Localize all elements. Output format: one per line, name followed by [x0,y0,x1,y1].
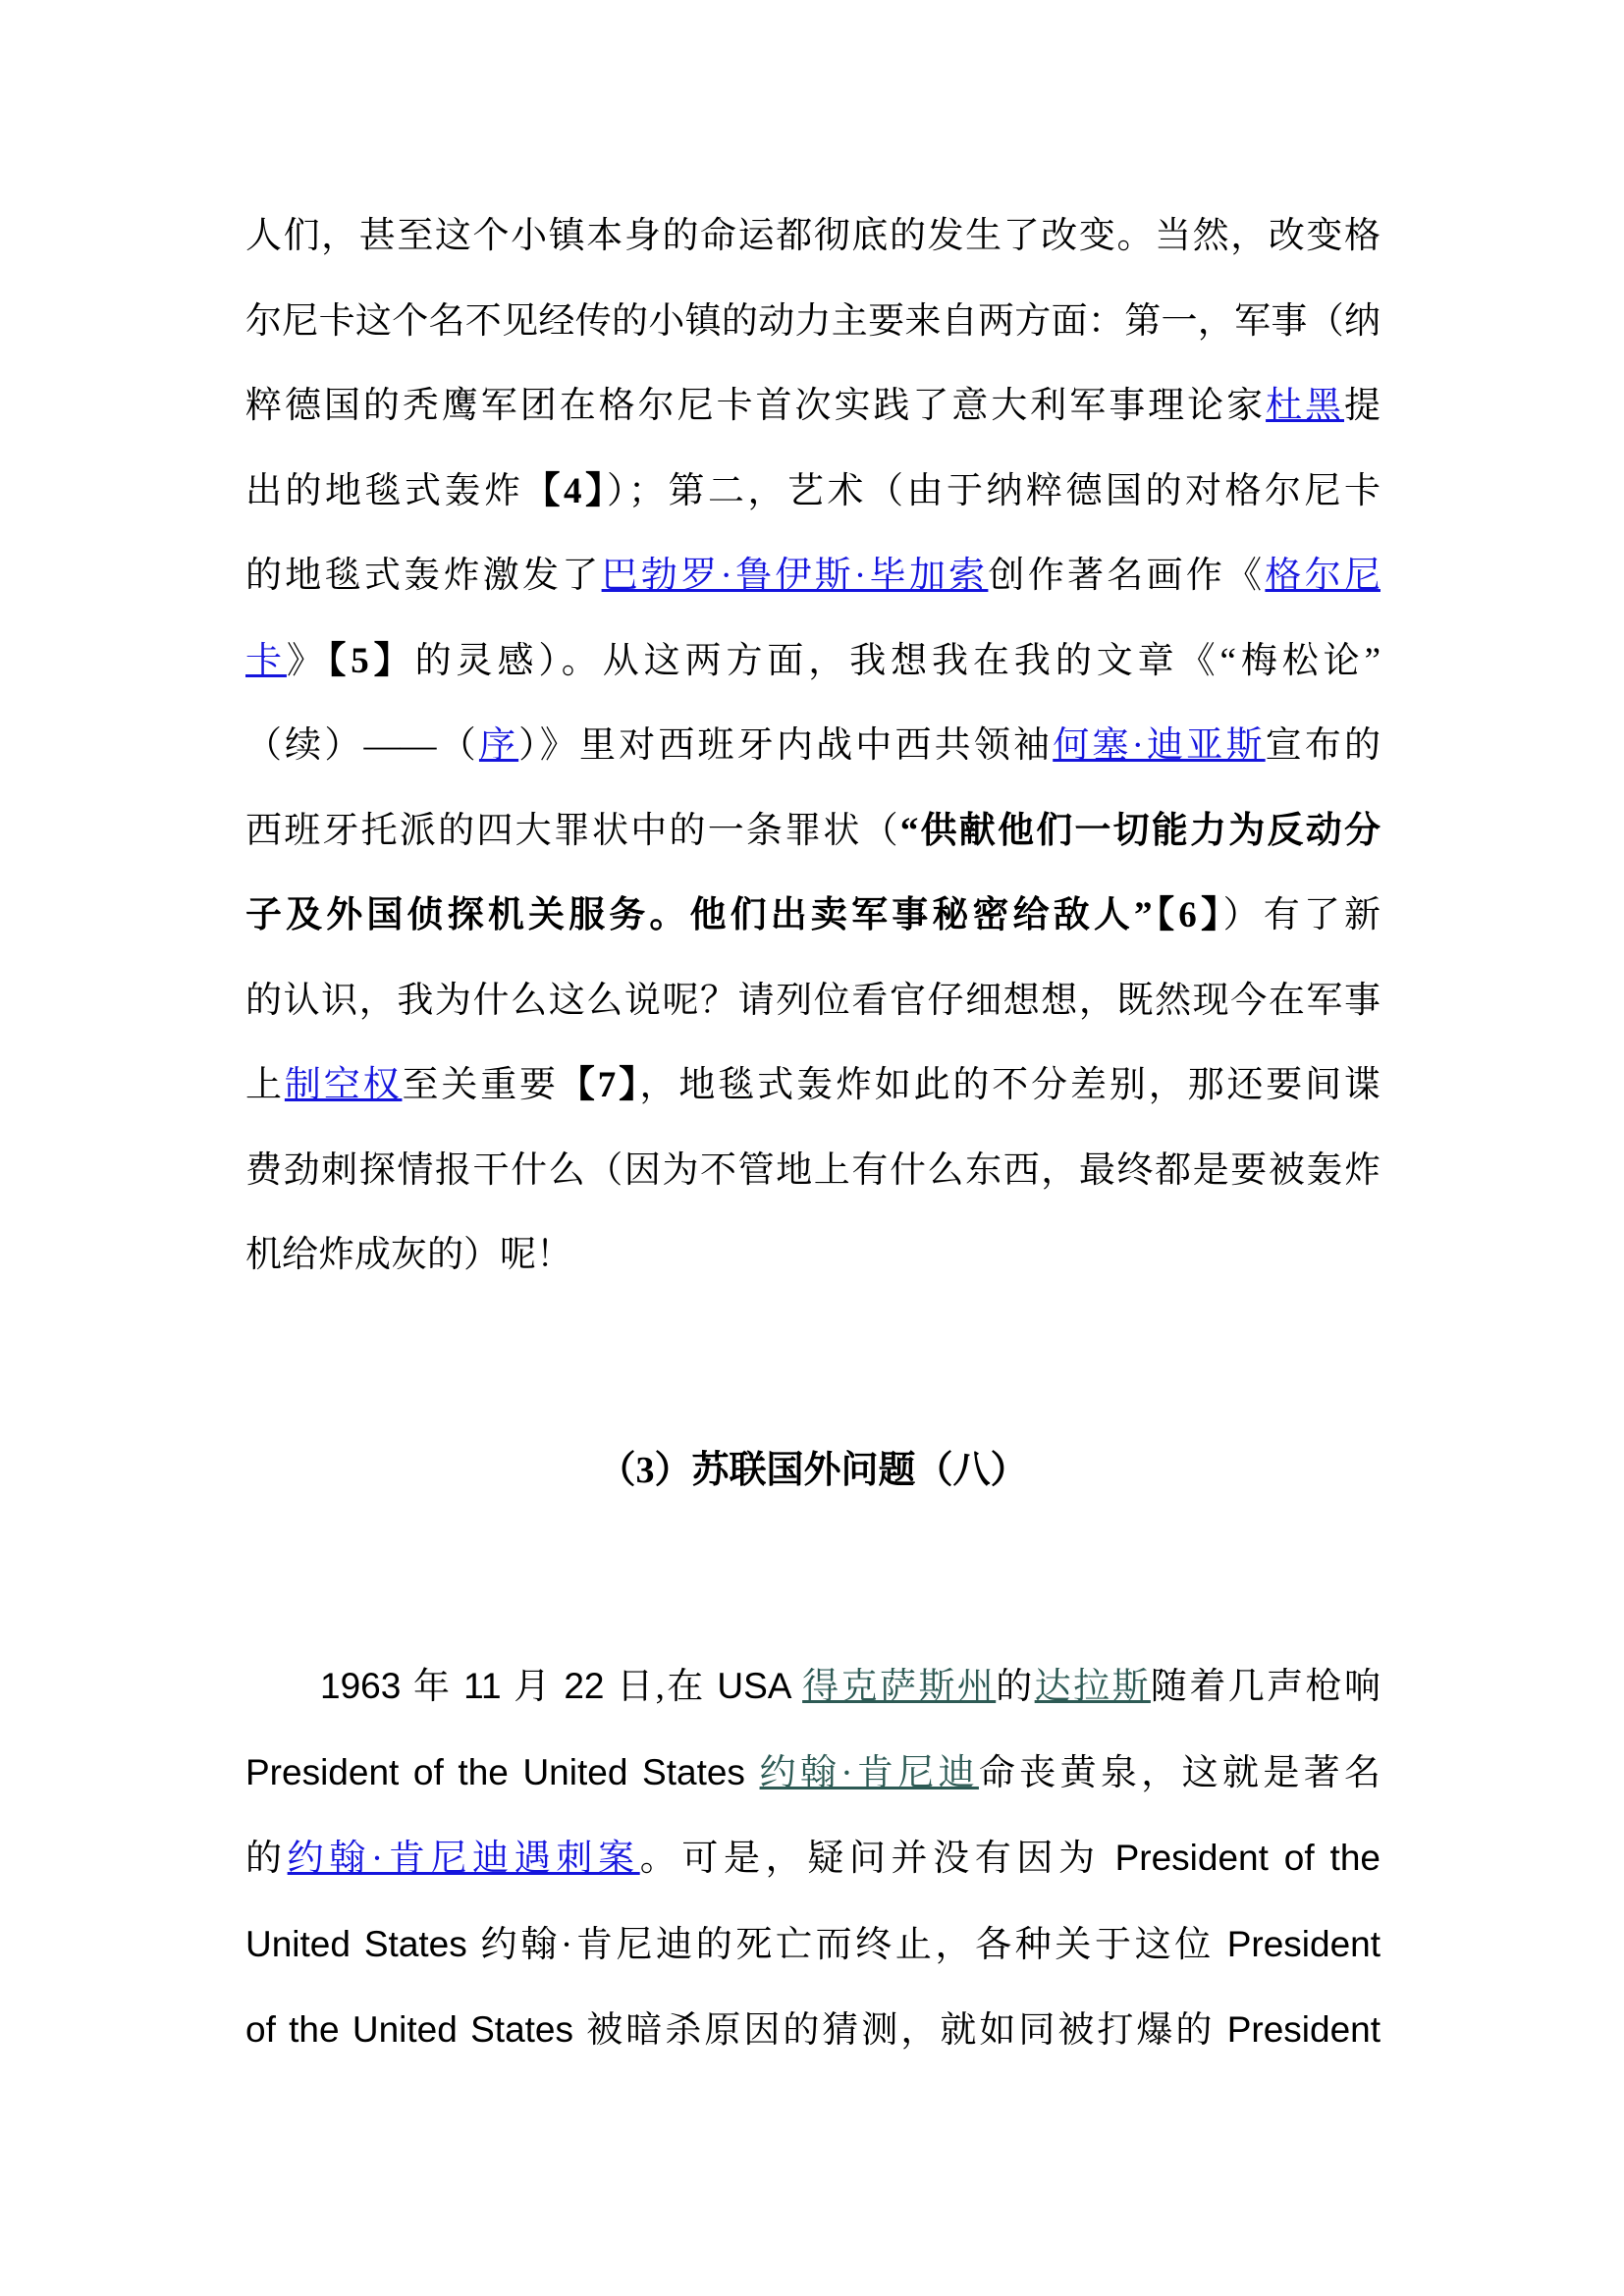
text-run: 的 [245,1839,288,1879]
text-line: 的认识，我为什么这么说呢？请列位看官仔细想想，既然现今在军事 [245,959,1380,1044]
text-run: 尔尼卡这个名不见经传的小镇的动力主要来自两方面：第一，军事（纳 [245,301,1380,342]
hyperlink[interactable]: 何塞·迪亚斯 [1053,725,1265,766]
text-run: 人们，甚至这个小镇本身的命运都彻底的发生了改变。当然，改变格 [245,216,1380,256]
text-line: （续）——（序）》里对西班牙内战中西共领袖何塞·迪亚斯宣布的 [245,704,1380,789]
latin-text: President [1227,2009,1380,2050]
text-run: 约翰·肯尼迪的死亡而终止，各种关于这位 [481,1925,1227,1965]
text-run: 上 [245,1065,285,1105]
text-line: 上制空权至关重要【7】，地毯式轰炸如此的不分差别，那还要间谍 [245,1043,1380,1129]
visited-hyperlink[interactable]: 达拉斯 [1035,1667,1151,1707]
text-run: 宣布的 [1266,725,1380,766]
text-run: 出的地毯式轰炸 [245,471,524,511]
text-line: 出的地毯式轰炸【4】）；第二，艺术（由于纳粹德国的对格尔尼卡 [245,450,1380,535]
text-line: 1963 年 11 月 22 日,在 USA 得克萨斯州的达拉斯随着几声枪响 [245,1644,1380,1731]
text-line: 的地毯式轰炸激发了巴勃罗·鲁伊斯·毕加索创作著名画作《格尔尼 [245,534,1380,619]
bold-text: 子及外国侦探机关服务。他们出卖军事秘密给敌人”【6】 [245,895,1223,935]
text-run: 的地毯式轰炸激发了 [245,556,602,596]
latin-text: 11 [463,1666,514,1706]
text-run: ）有了新 [1223,895,1380,935]
text-run: 西班牙托派的四大罪状中的一条罪状（ [245,811,900,851]
text-run: 机给炸成灰的）呢！ [245,1235,572,1275]
text-line: of the United States 被暗杀原因的猜测，就如同被打爆的 Pr… [245,1988,1380,2074]
hyperlink[interactable]: 序 [479,725,518,766]
text-run: 创作著名画作《 [988,556,1265,596]
latin-text: President of the [1115,1838,1380,1878]
bold-text: 【4】 [524,471,608,511]
text-run: 粹德国的秃鹰军团在格尔尼卡首次实践了意大利军事理论家 [245,386,1266,426]
text-run: 至关重要 [402,1065,558,1105]
text-run: 被暗杀原因的猜测，就如同被打爆的 [586,2010,1226,2051]
text-line: 西班牙托派的四大罪状中的一条罪状（“供献他们一切能力为反动分 [245,789,1380,875]
text-line: 粹德国的秃鹰军团在格尔尼卡首次实践了意大利军事理论家杜黑提 [245,364,1380,450]
paragraph-1: 人们，甚至这个小镇本身的命运都彻底的发生了改变。当然，改变格尔尼卡这个名不见经传… [245,194,1380,1299]
text-line: 人们，甚至这个小镇本身的命运都彻底的发生了改变。当然，改变格 [245,194,1380,280]
latin-text: President of the United States [245,1752,760,1792]
text-line: 尔尼卡这个名不见经传的小镇的动力主要来自两方面：第一，军事（纳 [245,280,1380,365]
text-run: 的灵感）。从这两方面，我想我在我的文章《“梅松论” [415,641,1380,681]
text-run: ）》里对西班牙内战中西共领袖 [518,725,1053,766]
visited-hyperlink[interactable]: 得克萨斯州 [802,1667,996,1707]
hyperlink[interactable]: 卡 [245,641,287,681]
text-run: 月 [514,1667,564,1707]
text-line: 机给炸成灰的）呢！ [245,1213,1380,1299]
text-run: 》 [287,641,328,681]
text-run: 随着几声枪响 [1151,1667,1380,1707]
document-page: { "colors": { "page_background": "#fffff… [0,0,1624,2296]
text-line: 卡》【5】的灵感）。从这两方面，我想我在我的文章《“梅松论” [245,619,1380,705]
text-line: United States 约翰·肯尼迪的死亡而终止，各种关于这位 Presid… [245,1902,1380,1989]
text-run: ，地毯式轰炸如此的不分差别，那还要间谍 [640,1065,1381,1105]
bold-text: “供献他们一切能力为反动分 [900,811,1380,851]
latin-text: of the United States [245,2009,586,2050]
text-line: 费劲刺探情报干什么（因为不管地上有什么东西，最终都是要被轰炸 [245,1129,1380,1214]
text-run: 费劲刺探情报干什么（因为不管地上有什么东西，最终都是要被轰炸 [245,1150,1380,1191]
text-line: President of the United States 约翰·肯尼迪命丧黄… [245,1731,1380,1817]
bold-text: 【5】 [328,641,415,681]
text-line: 子及外国侦探机关服务。他们出卖军事秘密给敌人”【6】）有了新 [245,874,1380,959]
text-line: 的约翰·肯尼迪遇刺案。可是，疑问并没有因为 President of the [245,1816,1380,1902]
latin-text: 1963 [320,1666,413,1706]
hyperlink[interactable]: 巴勃罗·鲁伊斯·毕加索 [602,556,989,596]
hyperlink[interactable]: 杜黑 [1266,386,1344,426]
text-run: 日,在 [617,1667,717,1707]
section-heading: （3）苏联国外问题（八） [245,1428,1380,1514]
text-run: 提 [1344,386,1380,426]
text-run: （续）——（ [245,725,479,766]
hyperlink[interactable]: 约翰·肯尼迪遇刺案 [288,1839,640,1879]
text-run: 命丧黄泉，这就是著名 [979,1753,1380,1793]
paragraph-2: 1963 年 11 月 22 日,在 USA 得克萨斯州的达拉斯随着几声枪响Pr… [245,1644,1380,2074]
latin-text: USA [717,1666,802,1706]
text-run: ）；第二，艺术（由于纳粹德国的对格尔尼卡 [607,471,1380,511]
hyperlink[interactable]: 制空权 [285,1065,403,1105]
latin-text: President [1227,1924,1380,1964]
text-run: 。可是，疑问并没有因为 [640,1839,1115,1879]
latin-text: United States [245,1924,481,1964]
bold-text: 【7】 [559,1065,640,1105]
hyperlink[interactable]: 格尔尼 [1265,556,1380,596]
latin-text: 22 [564,1666,617,1706]
text-run: 的认识，我为什么这么说呢？请列位看官仔细想想，既然现今在军事 [245,981,1380,1021]
text-run: 年 [413,1667,463,1707]
text-run: 的 [996,1667,1034,1707]
visited-hyperlink[interactable]: 约翰·肯尼迪 [760,1753,979,1793]
